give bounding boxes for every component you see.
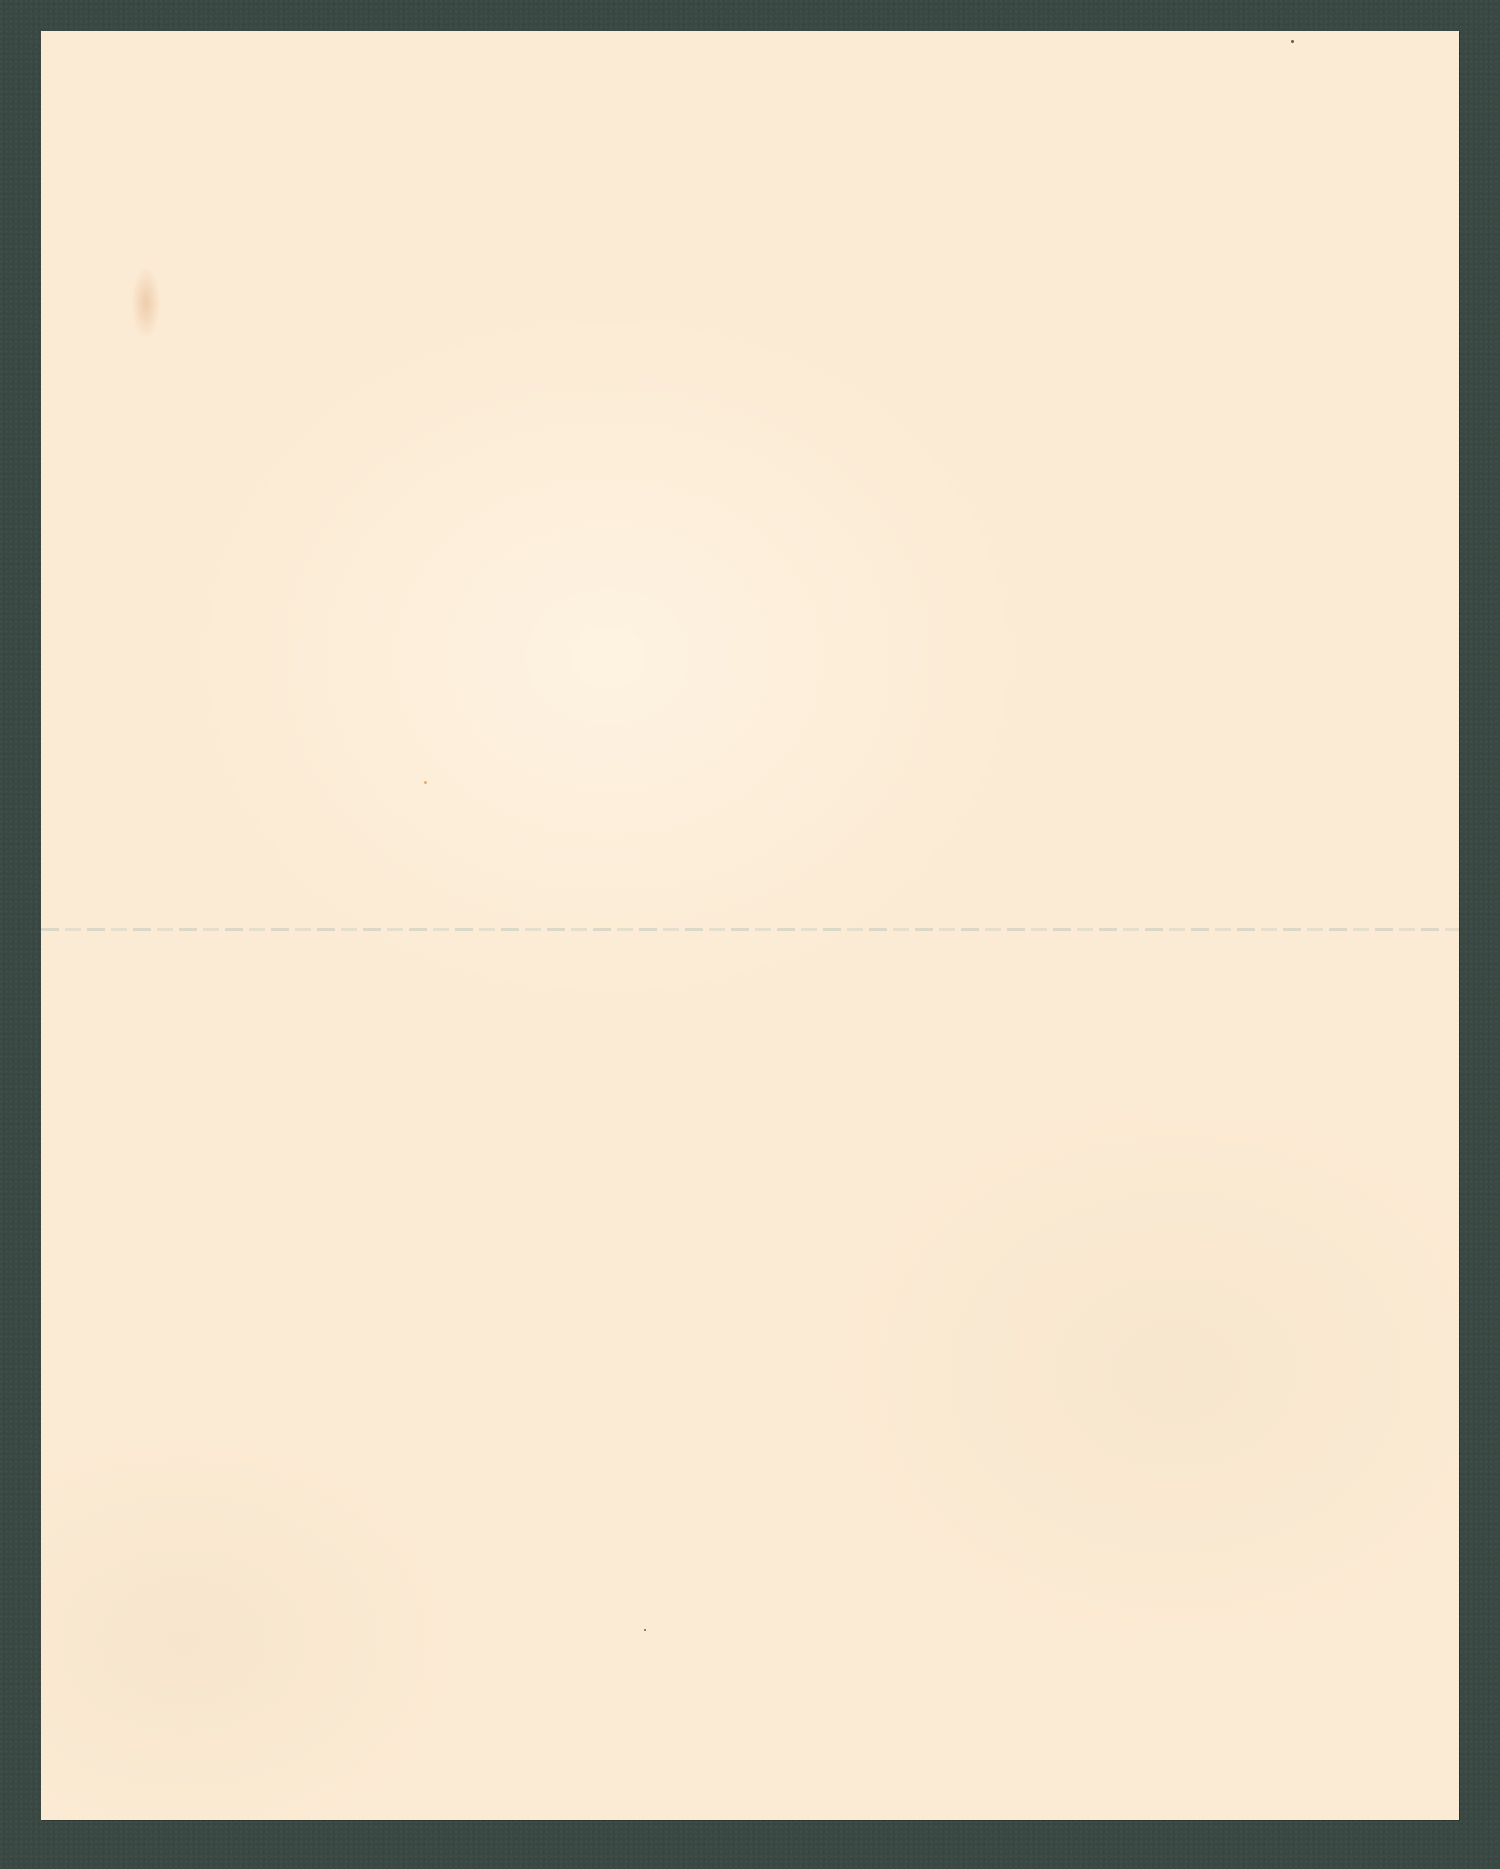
- age-stain: [132, 268, 160, 338]
- foxing-spot: [424, 781, 427, 784]
- ink-speck: [644, 1629, 646, 1631]
- fold-line: [41, 928, 1459, 931]
- paper-page: [41, 31, 1459, 1820]
- ink-speck: [1291, 40, 1294, 43]
